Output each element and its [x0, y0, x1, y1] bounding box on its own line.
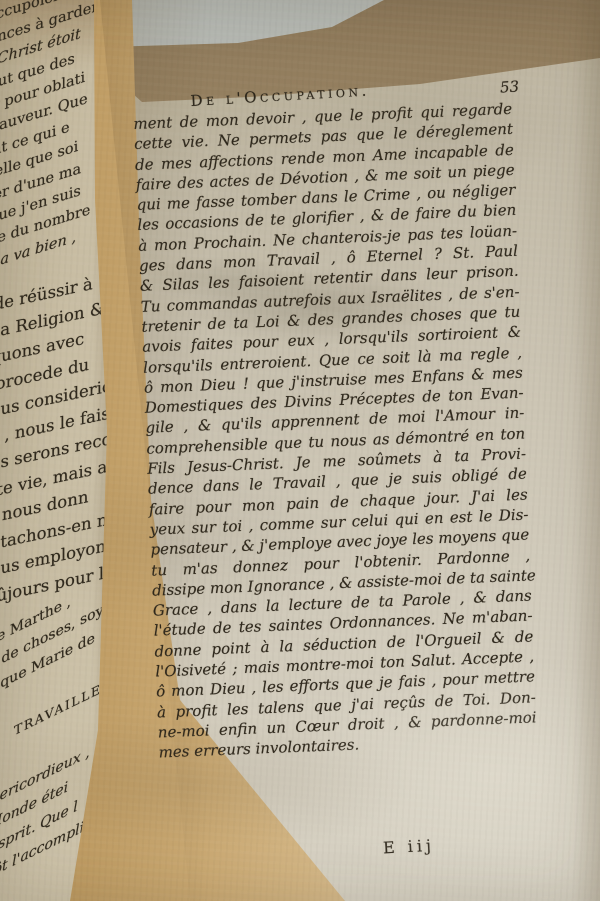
- left-page: ois s'occupoien Princes à garder us Chri…: [0, 0, 118, 901]
- book-photo: ois s'occupoien Princes à garder us Chri…: [0, 0, 600, 901]
- signature-mark: E iij: [383, 836, 436, 858]
- left-page-text-top: ois s'occupoien Princes à garder us Chri…: [0, 0, 151, 279]
- body-text: ment de mon devoir , que le profit qui r…: [133, 99, 538, 763]
- page-number: 53: [499, 77, 519, 96]
- left-page-text-middle: s de réüssir à e la Religion & liquons a…: [0, 258, 155, 613]
